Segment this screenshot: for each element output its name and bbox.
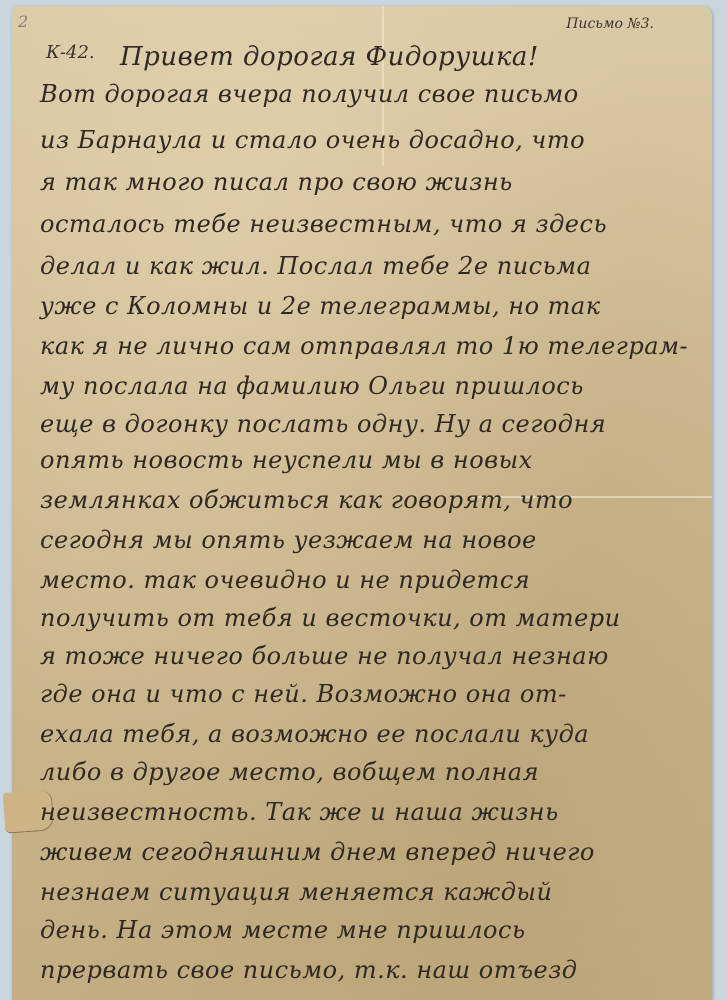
text-line: еще в догонку послать одну. Ну а сегодня bbox=[40, 410, 606, 438]
text-line: землянках обжиться как говорят, что bbox=[40, 486, 573, 514]
text-line: делал и как жил. Послал тебе 2е письма bbox=[40, 252, 591, 280]
text-line: прервать свое письмо, т.к. наш отъезд bbox=[40, 956, 578, 984]
letter-number: Письмо №3. bbox=[566, 16, 654, 32]
text-line: день. На этом месте мне пришлось bbox=[40, 916, 526, 944]
text-line: осталось тебе неизвестным, что я здесь bbox=[40, 210, 607, 238]
text-line: уже с Коломны и 2е телеграммы, но так bbox=[40, 292, 601, 320]
text-line: сегодня мы опять уезжаем на новое bbox=[40, 526, 537, 554]
text-line: неизвестность. Так же и наша жизнь bbox=[40, 798, 559, 826]
text-line: опять новость неуспели мы в новых bbox=[40, 446, 533, 474]
text-line: место. так очевидно и не придется bbox=[40, 566, 530, 594]
text-line: из Барнаула и стало очень досадно, что bbox=[40, 126, 585, 154]
text-line: я так много писал про свою жизнь bbox=[40, 168, 513, 196]
text-line: му послала на фамилию Ольги пришлось bbox=[40, 372, 584, 400]
text-line: живем сегодняшним днем вперед ничего bbox=[40, 838, 595, 866]
text-line: где она и что с ней. Возможно она от- bbox=[40, 680, 567, 708]
text-line: получить от тебя и весточки, от матери bbox=[40, 604, 621, 632]
text-line: как я не лично сам отправлял то 1ю телег… bbox=[40, 332, 688, 360]
text-line: либо в другое место, вобщем полная bbox=[40, 758, 539, 786]
greeting: Привет дорогая Фидорушка! bbox=[120, 42, 539, 72]
text-line: я тоже ничего больше не получал незнаю bbox=[40, 642, 609, 670]
letter-code: К-42. bbox=[46, 42, 95, 63]
corner-mark: 2 bbox=[18, 12, 28, 31]
letter-paper: 2 Письмо №3. К-42. Привет дорогая Фидору… bbox=[12, 6, 712, 1000]
text-line: незнаем ситуация меняется каждый bbox=[40, 878, 552, 906]
text-line: Вот дорогая вчера получил свое письмо bbox=[40, 80, 579, 108]
text-line: ехала тебя, а возможно ее послали куда bbox=[40, 720, 589, 748]
